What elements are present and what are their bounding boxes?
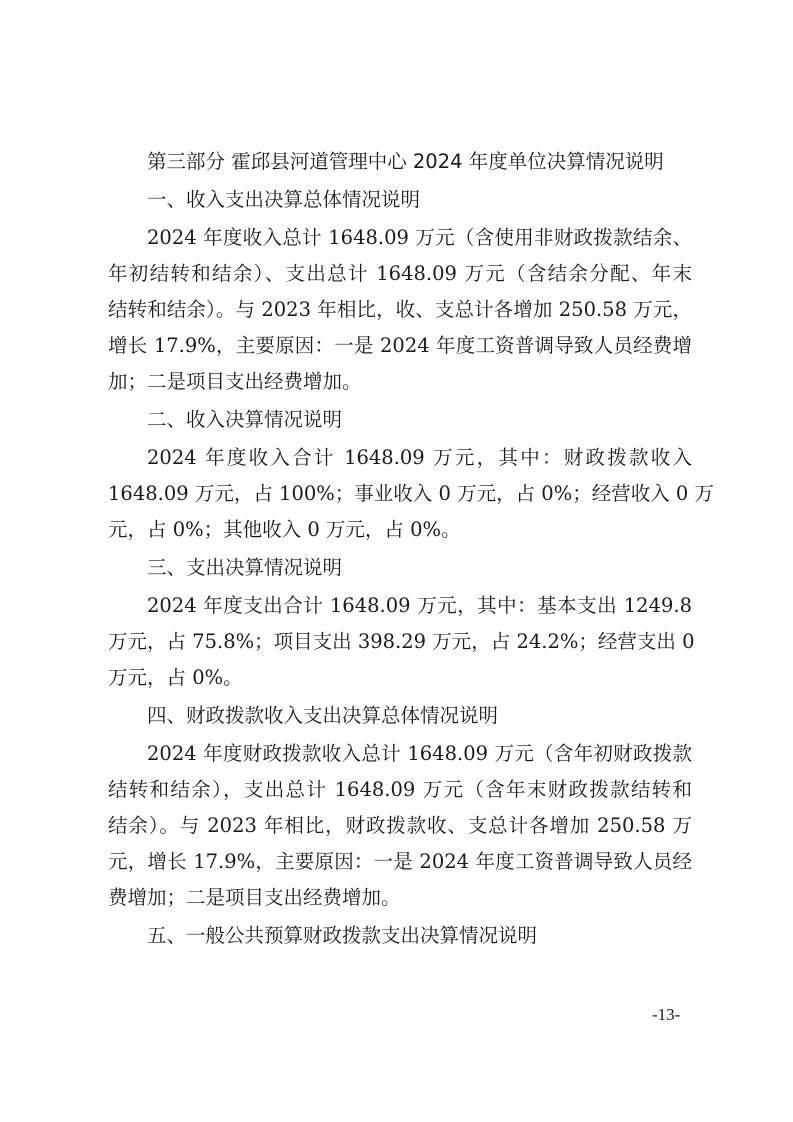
page-number: -13-	[652, 1005, 680, 1025]
paragraph-line: 1648.09 万元，占 100%；事业收入 0 万元，占 0%；经营收入 0 …	[108, 482, 692, 506]
section-heading-4: 四、财政拨款收入支出决算总体情况说明	[147, 704, 731, 728]
paragraph-line: 万元，占 0%。	[108, 666, 692, 690]
section-heading-2: 二、收入决算情况说明	[147, 408, 731, 432]
document-page: 第三部分 霍邱县河道管理中心 2024 年度单位决算情况说明 一、收入支出决算总…	[0, 0, 793, 1122]
paragraph-line: 2024 年度收入合计 1648.09 万元，其中：财政拨款收入	[147, 446, 692, 470]
paragraph-line: 结余）。与 2023 年相比，财政拨款收、支总计各增加 250.58 万	[108, 814, 692, 838]
paragraph-line: 元，占 0%；其他收入 0 万元，占 0%。	[108, 518, 692, 542]
section-heading-5: 五、一般公共预算财政拨款支出决算情况说明	[147, 924, 731, 948]
paragraph-line: 2024 年度收入总计 1648.09 万元（含使用非财政拨款结余、	[147, 226, 692, 250]
paragraph-line: 增长 17.9%，主要原因：一是 2024 年度工资普调导致人员经费增	[108, 334, 692, 358]
page-title: 第三部分 霍邱县河道管理中心 2024 年度单位决算情况说明	[147, 150, 731, 174]
paragraph-line: 2024 年度财政拨款收入总计 1648.09 万元（含年初财政拨款	[147, 742, 692, 766]
paragraph-line: 元，增长 17.9%，主要原因：一是 2024 年度工资普调导致人员经	[108, 850, 692, 874]
section-heading-3: 三、支出决算情况说明	[147, 556, 731, 580]
paragraph-line: 万元，占 75.8%；项目支出 398.29 万元，占 24.2%；经营支出 0	[108, 630, 692, 654]
paragraph-line: 年初结转和结余）、支出总计 1648.09 万元（含结余分配、年末	[108, 262, 692, 286]
paragraph-line: 加；二是项目支出经费增加。	[108, 370, 692, 394]
paragraph-line: 结转和结余）。与 2023 年相比，收、支总计各增加 250.58 万元，	[108, 298, 692, 322]
section-heading-1: 一、收入支出决算总体情况说明	[147, 188, 731, 212]
paragraph-line: 2024 年度支出合计 1648.09 万元，其中：基本支出 1249.8	[147, 594, 692, 618]
paragraph-line: 费增加；二是项目支出经费增加。	[108, 886, 692, 910]
paragraph-line: 结转和结余），支出总计 1648.09 万元（含年末财政拨款结转和	[108, 778, 692, 802]
